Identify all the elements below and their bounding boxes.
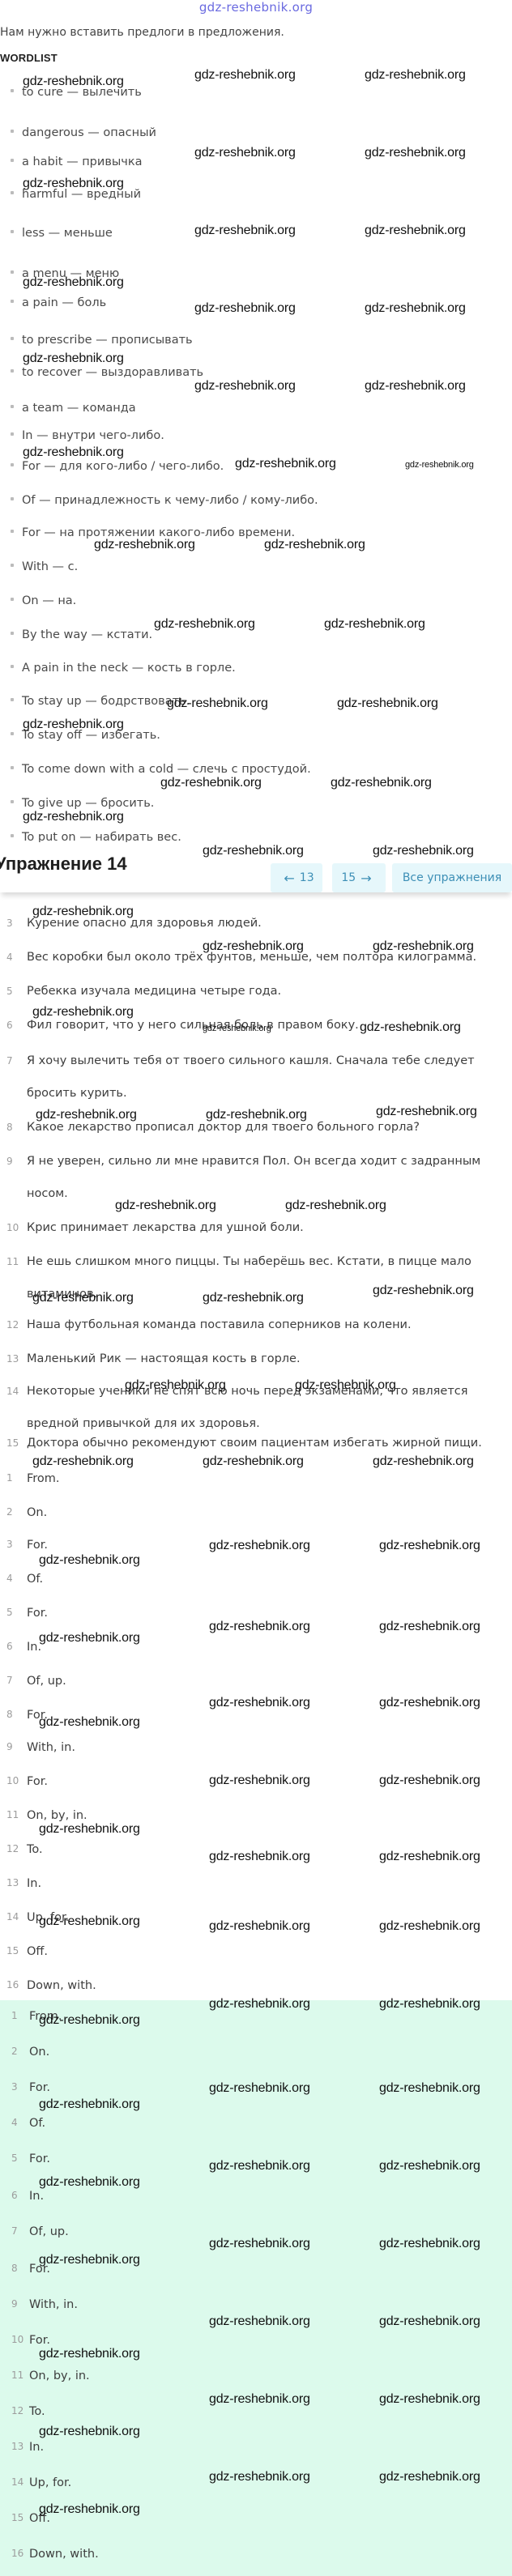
wordlist-text: A pain in the neck — кость в горле. (22, 662, 236, 675)
bullet-icon (11, 130, 14, 133)
answer-number: 10 (6, 1775, 19, 1786)
wordlist-text: dangerous — опасный (22, 126, 156, 139)
bullet-icon (11, 834, 14, 837)
watermark-text: gdz-reshebnik.org (365, 301, 466, 316)
answer-text: Of, up. (27, 1675, 66, 1688)
bullet-icon (11, 270, 14, 274)
answer-number: 11 (11, 2369, 23, 2381)
answer-number: 7 (11, 2225, 18, 2237)
bullet-icon (11, 369, 14, 373)
watermark-text: gdz-reshebnik.org (379, 1620, 480, 1634)
bullet-icon (11, 300, 14, 303)
answer-text: With, in. (29, 2298, 78, 2311)
watermark-text: gdz-reshebnik.org (264, 538, 365, 552)
watermark-text: gdz-reshebnik.org (379, 1997, 480, 2012)
watermark-text: gdz-reshebnik.org (209, 2314, 310, 2329)
answer-text: Of. (27, 1573, 43, 1586)
watermark-text: gdz-reshebnik.org (194, 146, 296, 160)
watermark-text: gdz-reshebnik.org (39, 2013, 140, 2028)
answer-number: 4 (6, 1573, 13, 1584)
watermark-text: gdz-reshebnik.org (203, 1454, 304, 1469)
sentence-text: Я хочу вылечить тебя от твоего сильного … (27, 1045, 509, 1109)
watermark-text: gdz-reshebnik.org (295, 1378, 396, 1393)
answer-number: 3 (11, 2081, 18, 2093)
watermark-text: gdz-reshebnik.org (209, 2081, 310, 2096)
sentence-line: Маленький Рик — настоящая кость в горле. (27, 1343, 509, 1375)
watermark-text: gdz-reshebnik.org (373, 844, 474, 858)
watermark-text: gdz-reshebnik.org (379, 2392, 480, 2407)
watermark-text: gdz-reshebnik.org (125, 1378, 226, 1393)
site-logo[interactable]: gdz-reshebnik.org (0, 0, 512, 15)
watermark-text: gdz-reshebnik.org (39, 1822, 140, 1837)
bullet-icon (11, 432, 14, 436)
watermark-text: gdz-reshebnik.org (39, 2425, 140, 2439)
watermark-text: gdz-reshebnik.org (39, 2347, 140, 2361)
answer-text: Down, with. (27, 1979, 96, 1992)
watermark-text: gdz-reshebnik.org (365, 68, 466, 83)
sentence-number: 11 (6, 1245, 23, 1278)
answer-text: Down, with. (29, 2548, 99, 2561)
answer-text: On. (29, 2046, 49, 2059)
watermark-text: gdz-reshebnik.org (160, 776, 262, 790)
wordlist-item: In — внутри чего-либо. (11, 429, 164, 442)
answer-text: From. (27, 1472, 60, 1485)
answer-text: In. (29, 2190, 44, 2203)
wordlist-item: By the way — кстати. (11, 628, 152, 641)
watermark-text: gdz-reshebnik.org (206, 1108, 307, 1122)
watermark-text: gdz-reshebnik.org (23, 445, 124, 460)
sentence-line: Я хочу вылечить тебя от твоего сильного … (27, 1045, 509, 1077)
bullet-icon (11, 230, 14, 233)
wordlist-text: to prescribe — прописывать (22, 334, 193, 347)
answer-number: 9 (6, 1741, 13, 1752)
sentence-line: Некоторые ученики не спят всю ночь перед… (27, 1375, 509, 1407)
watermark-text: gdz-reshebnik.org (39, 1631, 140, 1646)
sentence-line: Крис принимает лекарства для ушной боли. (27, 1211, 509, 1244)
watermark-text: gdz-reshebnik.org (209, 1620, 310, 1634)
watermark-text: gdz-reshebnik.org (194, 68, 296, 83)
watermark-text: gdz-reshebnik.org (285, 1199, 386, 1213)
exercise-title: Упражнение 14 (0, 854, 127, 875)
watermark-text: gdz-reshebnik.org (39, 2502, 140, 2517)
prev-exercise-label: 13 (300, 871, 314, 884)
watermark-text: gdz-reshebnik.org (209, 2470, 310, 2484)
answer-number: 5 (11, 2152, 18, 2164)
watermark-text: gdz-reshebnik.org (203, 939, 304, 954)
wordlist-text: By the way — кстати. (22, 628, 152, 641)
answer-text: For. (27, 1607, 48, 1620)
watermark-text: gdz-reshebnik.org (373, 939, 474, 954)
all-exercises-button[interactable]: Все упражнения (392, 863, 512, 892)
watermark-text: gdz-reshebnik.org (23, 177, 124, 191)
watermark-text: gdz-reshebnik.org (194, 379, 296, 394)
bullet-icon (11, 89, 14, 92)
watermark-text: gdz-reshebnik.org (39, 2175, 140, 2190)
wordlist-item: To give up — бросить. (11, 797, 154, 810)
answer-text: Up, for. (29, 2476, 71, 2489)
wordlist-text: Of — принадлежность к чему-либо / кому-л… (22, 494, 318, 507)
answer-text: To. (27, 1843, 43, 1856)
wordlist-text: With — с. (22, 560, 78, 573)
sentence-text: Я не уверен, сильно ли мне нравится Пол.… (27, 1145, 509, 1210)
bullet-icon (11, 405, 14, 408)
bullet-icon (11, 564, 14, 567)
arrow-right-icon: → (361, 871, 371, 886)
watermark-text: gdz-reshebnik.org (23, 75, 124, 89)
watermark-text: gdz-reshebnik.org (23, 810, 124, 824)
bullet-icon (11, 766, 14, 769)
answer-text: On. (27, 1506, 47, 1519)
sentence-number: 3 (6, 907, 23, 939)
wordlist-item: With — с. (11, 560, 78, 573)
bullet-icon (11, 800, 14, 803)
watermark-text: gdz-reshebnik.org (194, 301, 296, 316)
watermark-text: gdz-reshebnik.org (115, 1199, 216, 1213)
answer-number: 1 (6, 1472, 13, 1484)
watermark-text: gdz-reshebnik.org (209, 1773, 310, 1788)
watermark-text: gdz-reshebnik.org (209, 1850, 310, 1864)
sentence-number: 7 (6, 1045, 23, 1077)
watermark-text: gdz-reshebnik.org (209, 1539, 310, 1553)
answer-text: In. (29, 2441, 44, 2454)
bullet-icon (11, 497, 14, 500)
answer-text: Of. (29, 2117, 45, 2130)
sentence-line: Я не уверен, сильно ли мне нравится Пол.… (27, 1145, 509, 1177)
answer-number: 16 (6, 1979, 19, 1991)
sentence-number: 14 (6, 1375, 23, 1407)
wordlist-item: Of — принадлежность к чему-либо / кому-л… (11, 494, 318, 507)
answer-number: 6 (11, 2190, 18, 2201)
watermark-text: gdz-reshebnik.org (39, 2097, 140, 2112)
sentence-line: носом. (27, 1177, 509, 1210)
bullet-icon (11, 732, 14, 735)
watermark-text: gdz-reshebnik.org (365, 379, 466, 394)
watermark-text: gdz-reshebnik.org (209, 1696, 310, 1710)
wordlist-text: To come down with a cold — слечь с прост… (22, 763, 311, 776)
watermark-text: gdz-reshebnik.org (209, 2237, 310, 2251)
bullet-icon (11, 463, 14, 466)
wordlist-text: To stay up — бодрствовать. (22, 695, 190, 708)
watermark-text: gdz-reshebnik.org (379, 1773, 480, 1788)
wordlist-text: to recover — выздоравливать (22, 366, 203, 379)
watermark-text: gdz-reshebnik.org (365, 224, 466, 238)
watermark-text: gdz-reshebnik.org (203, 1024, 271, 1033)
watermark-text: gdz-reshebnik.org (32, 1454, 134, 1469)
wordlist-text: a team — команда (22, 402, 136, 415)
wordlist-item: a pain — боль (11, 296, 106, 309)
answer-number: 1 (11, 2010, 18, 2021)
wordlist-text: On — на. (22, 594, 76, 607)
answer-text: For. (27, 1775, 48, 1788)
sentence-text: Крис принимает лекарства для ушной боли. (27, 1211, 509, 1244)
answer-text: With, in. (27, 1741, 75, 1754)
sentence-number: 5 (6, 975, 23, 1007)
watermark-text: gdz-reshebnik.org (36, 1108, 137, 1122)
sentence-number: 13 (6, 1343, 23, 1375)
watermark-text: gdz-reshebnik.org (209, 1997, 310, 2012)
answer-number: 14 (6, 1911, 19, 1922)
watermark-text: gdz-reshebnik.org (203, 1291, 304, 1305)
watermark-text: gdz-reshebnik.org (379, 2081, 480, 2096)
watermark-text: gdz-reshebnik.org (203, 844, 304, 858)
watermark-text: gdz-reshebnik.org (405, 460, 474, 470)
wordlist-item: For — для кого-либо / чего-либо. (11, 460, 224, 473)
watermark-text: gdz-reshebnik.org (39, 1715, 140, 1730)
watermark-text: gdz-reshebnik.org (32, 905, 134, 919)
sentence-number: 6 (6, 1009, 23, 1041)
wordlist-item: On — на. (11, 594, 76, 607)
answer-number: 6 (6, 1641, 13, 1652)
watermark-text: gdz-reshebnik.org (373, 1284, 474, 1298)
watermark-text: gdz-reshebnik.org (235, 457, 336, 471)
answer-text: In. (27, 1877, 41, 1890)
watermark-text: gdz-reshebnik.org (154, 617, 255, 632)
watermark-text: gdz-reshebnik.org (39, 1553, 140, 1568)
bullet-icon (11, 632, 14, 635)
answer-number: 8 (11, 2263, 18, 2274)
sentence-text: Маленький Рик — настоящая кость в горле. (27, 1343, 509, 1375)
watermark-text: gdz-reshebnik.org (379, 1919, 480, 1934)
watermark-text: gdz-reshebnik.org (32, 1005, 134, 1020)
answer-number: 15 (6, 1945, 19, 1956)
wordlist-text: a pain — боль (22, 296, 106, 309)
next-exercise-label: 15 (341, 871, 356, 884)
answer-text: To. (29, 2405, 45, 2418)
sentence-line: Ребекка изучала медицина четыре года. (27, 975, 509, 1007)
answer-number: 2 (11, 2046, 18, 2057)
wordlist-item: A pain in the neck — кость в горле. (11, 662, 236, 675)
wordlist-item: to prescribe — прописывать (11, 334, 193, 347)
answer-text: Off. (27, 1945, 48, 1958)
watermark-text: gdz-reshebnik.org (209, 1919, 310, 1934)
sentence-text: Ребекка изучала медицина четыре года. (27, 975, 509, 1007)
wordlist-item: to recover — выздоравливать (11, 366, 203, 379)
watermark-text: gdz-reshebnik.org (379, 2314, 480, 2329)
bullet-icon (11, 665, 14, 668)
watermark-text: gdz-reshebnik.org (209, 2159, 310, 2174)
prev-exercise-button[interactable]: ← 13 (271, 863, 322, 892)
wordlist-text: a habit — привычка (22, 155, 143, 168)
bullet-icon (11, 698, 14, 701)
answer-number: 8 (6, 1709, 13, 1720)
wordlist-item: a team — команда (11, 402, 136, 415)
watermark-text: gdz-reshebnik.org (337, 696, 438, 711)
answer-text: For. (29, 2152, 50, 2165)
answer-number: 9 (11, 2298, 18, 2310)
task-intro: Нам нужно вставить предлоги в предложени… (0, 26, 284, 39)
wordlist-item: To come down with a cold — слечь с прост… (11, 763, 311, 776)
watermark-text: gdz-reshebnik.org (209, 2392, 310, 2407)
answer-number: 4 (11, 2117, 18, 2128)
answer-text: Of, up. (29, 2225, 69, 2238)
sentence-number: 4 (6, 941, 23, 973)
answer-number: 15 (11, 2512, 23, 2523)
watermark-text: gdz-reshebnik.org (32, 1291, 134, 1305)
sentence-number: 10 (6, 1211, 23, 1244)
watermark-text: gdz-reshebnik.org (23, 717, 124, 732)
answer-number: 5 (6, 1607, 13, 1618)
sentence-number: 9 (6, 1145, 23, 1177)
answer-number: 12 (11, 2405, 23, 2416)
wordlist-title: WORDLIST (0, 52, 58, 64)
bullet-icon (11, 159, 14, 162)
watermark-text: gdz-reshebnik.org (23, 275, 124, 290)
next-exercise-button[interactable]: 15 → (332, 863, 386, 892)
wordlist-text: less — меньше (22, 227, 113, 240)
sentence-number: 15 (6, 1427, 23, 1459)
answer-number: 13 (6, 1877, 19, 1888)
bullet-icon (11, 598, 14, 601)
watermark-text: gdz-reshebnik.org (379, 1696, 480, 1710)
sentence-number: 12 (6, 1309, 23, 1341)
watermark-text: gdz-reshebnik.org (379, 1850, 480, 1864)
watermark-text: gdz-reshebnik.org (39, 2253, 140, 2267)
wordlist-item: dangerous — опасный (11, 126, 156, 139)
answer-text: For. (27, 1539, 48, 1552)
watermark-text: gdz-reshebnik.org (373, 1454, 474, 1469)
answer-number: 13 (11, 2441, 23, 2452)
watermark-text: gdz-reshebnik.org (379, 2159, 480, 2174)
watermark-text: gdz-reshebnik.org (167, 696, 268, 711)
wordlist-text: To give up — бросить. (22, 797, 154, 810)
answer-number: 16 (11, 2548, 23, 2559)
wordlist-item: To stay up — бодрствовать. (11, 695, 190, 708)
answer-text: For. (29, 2081, 50, 2094)
answer-number: 10 (11, 2334, 23, 2345)
answer-number: 14 (11, 2476, 23, 2488)
watermark-text: gdz-reshebnik.org (39, 1914, 140, 1929)
watermark-text: gdz-reshebnik.org (379, 2237, 480, 2251)
answer-text: On, by, in. (27, 1809, 87, 1822)
answer-number: 3 (6, 1539, 13, 1550)
wordlist-text: In — внутри чего-либо. (22, 429, 164, 442)
watermark-text: gdz-reshebnik.org (379, 1539, 480, 1553)
watermark-text: gdz-reshebnik.org (324, 617, 425, 632)
answer-number: 11 (6, 1809, 19, 1820)
bullet-icon (11, 191, 14, 194)
answer-number: 2 (6, 1506, 13, 1518)
sentence-number: 8 (6, 1111, 23, 1143)
sentence-line: Наша футбольная команда поставила соперн… (27, 1309, 509, 1341)
answer-number: 7 (6, 1675, 13, 1686)
arrow-left-icon: ← (284, 871, 294, 886)
watermark-text: gdz-reshebnik.org (379, 2470, 480, 2484)
answer-text: On, by, in. (29, 2369, 90, 2382)
wordlist-text: For — для кого-либо / чего-либо. (22, 460, 224, 473)
watermark-text: gdz-reshebnik.org (360, 1020, 461, 1035)
watermark-text: gdz-reshebnik.org (194, 224, 296, 238)
sentence-line: Не ешь слишком много пиццы. Ты наберёшь … (27, 1245, 509, 1278)
watermark-text: gdz-reshebnik.org (376, 1105, 477, 1119)
sentence-text: Наша футбольная команда поставила соперн… (27, 1309, 509, 1341)
bullet-icon (11, 530, 14, 533)
wordlist-item: a habit — привычка (11, 155, 143, 168)
watermark-text: gdz-reshebnik.org (23, 351, 124, 366)
watermark-text: gdz-reshebnik.org (365, 146, 466, 160)
wordlist-item: less — меньше (11, 227, 113, 240)
answer-number: 12 (6, 1843, 19, 1854)
answer-text: For. (29, 2334, 50, 2347)
watermark-text: gdz-reshebnik.org (331, 776, 432, 790)
watermark-text: gdz-reshebnik.org (94, 538, 195, 552)
bullet-icon (11, 337, 14, 340)
